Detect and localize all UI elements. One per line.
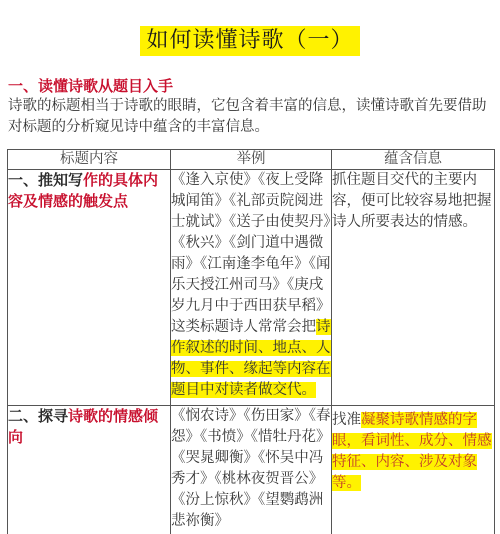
table-row: 一、推知写作的具体内容及情感的触发点 《逢入京使》《夜上受降城闻笛》《礼部贡院阅… xyxy=(8,170,495,406)
examples-cell: 《悯农诗》《伤田家》《春怨》《书愤》《惜牡丹花》《哭晁卿衡》《怀吴中冯秀才》《桃… xyxy=(171,406,332,534)
examples-cell: 《逢入京使》《夜上受降城闻笛》《礼部贡院阅进士就试》《送子由使契丹》《秋兴》《剑… xyxy=(171,170,332,406)
section-heading: 一、读懂诗歌从题目入手 xyxy=(8,76,173,96)
topic-prefix: 一、推知写 xyxy=(8,171,83,189)
examples-text: 《悯农诗》《伤田家》《春怨》《书愤》《惜牡丹花》《哭晁卿衡》《怀吴中冯秀才》《桃… xyxy=(171,408,331,529)
title-wrapper: 如何读懂诗歌（一） xyxy=(0,26,500,56)
info-text: 抓住题目交代的主要内容，便可比较容易地把握诗人所要表达的情感。 xyxy=(332,172,492,230)
header-title-content: 标题内容 xyxy=(8,150,171,170)
header-implied-info: 蕴含信息 xyxy=(332,150,495,170)
title-analysis-table: 标题内容 举例 蕴含信息 一、推知写作的具体内容及情感的触发点 《逢入京使》《夜… xyxy=(7,149,495,534)
page-title: 如何读懂诗歌（一） xyxy=(140,26,359,56)
intro-paragraph: 诗歌的标题相当于诗歌的眼睛，它包含着丰富的信息，读懂诗歌首先要借助对标题的分析窥… xyxy=(8,96,496,138)
info-cell: 找准凝聚诗歌情感的字眼，看词性、成分、情感特征、内容、涉及对象等。 xyxy=(332,406,495,534)
examples-text: 《逢入京使》《夜上受降城闻笛》《礼部贡院阅进士就试》《送子由使契丹》《秋兴》《剑… xyxy=(171,172,331,335)
topic-cell: 一、推知写作的具体内容及情感的触发点 xyxy=(8,170,171,406)
info-cell: 抓住题目交代的主要内容，便可比较容易地把握诗人所要表达的情感。 xyxy=(332,170,495,406)
header-examples: 举例 xyxy=(171,150,332,170)
info-text: 找准 xyxy=(332,412,361,428)
table-header-row: 标题内容 举例 蕴含信息 xyxy=(8,150,495,170)
topic-cell: 二、探寻诗歌的情感倾向 xyxy=(8,406,171,534)
table-row: 二、探寻诗歌的情感倾向 《悯农诗》《伤田家》《春怨》《书愤》《惜牡丹花》《哭晁卿… xyxy=(8,406,495,534)
topic-prefix: 二、探寻 xyxy=(8,407,68,425)
